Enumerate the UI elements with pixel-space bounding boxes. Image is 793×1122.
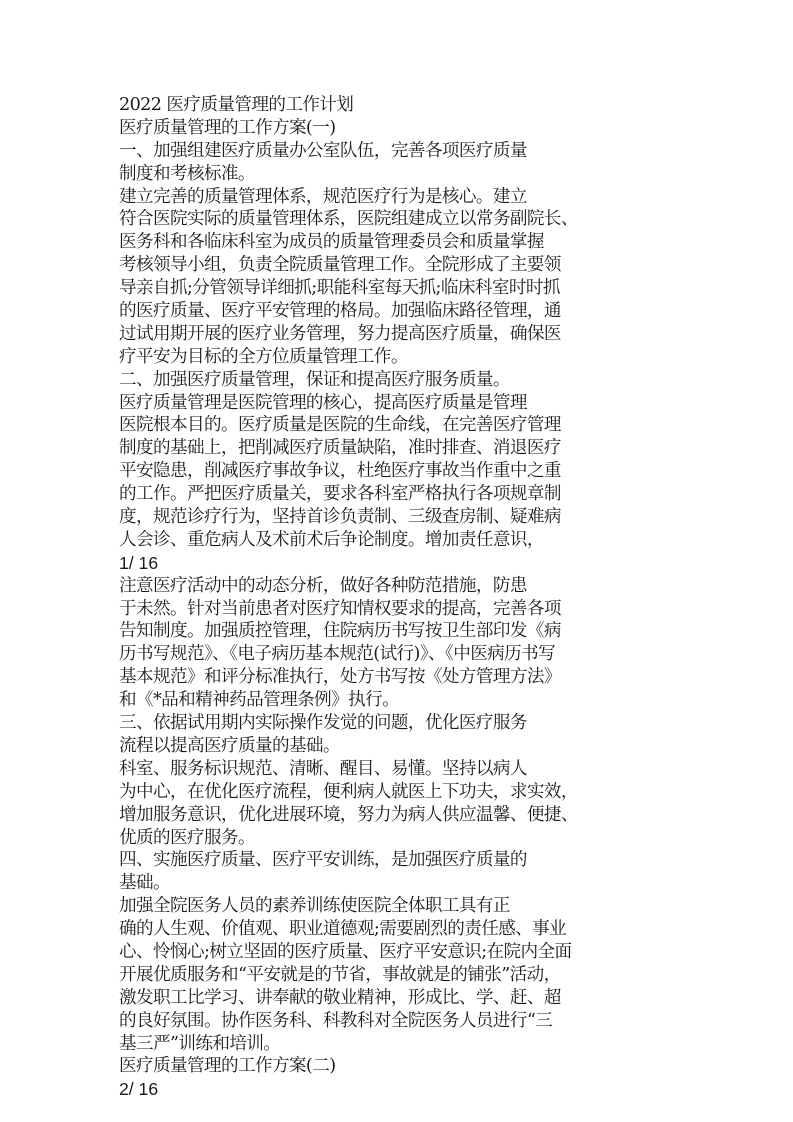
document-body: 2022 医疗质量管理的工作计划 医疗质量管理的工作方案(一) 一、加强组建医疗… — [119, 94, 559, 1101]
point-four-heading: 四、实施医疗质量、医疗平安训练，是加强医疗质量的 — [119, 849, 559, 872]
text-line: 基础。 — [119, 872, 559, 895]
text-line: 的工作。严把医疗质量关，要求各科室严格执行各项规章制 — [119, 483, 559, 506]
text-line: 建立完善的质量管理体系，规范医疗行为是核心。建立 — [119, 186, 559, 209]
page-number-marker: 2/ 16 — [119, 1078, 559, 1101]
text-line: 基三严”训练和培训。 — [119, 1033, 559, 1056]
text-line: 告知制度。加强质控管理，住院病历书写按卫生部印发《病 — [119, 620, 559, 643]
section-heading-plan-two: 医疗质量管理的工作方案(二) — [119, 1055, 559, 1078]
text-line: 考核领导小组，负责全院质量管理工作。全院形成了主要领 — [119, 254, 559, 277]
text-line: 历书写规范》、《电子病历基本规范(试行)》、《中医病历书写 — [119, 643, 559, 666]
point-two-heading: 二、加强医疗质量管理，保证和提高医疗服务质量。 — [119, 369, 559, 392]
document-title: 2022 医疗质量管理的工作计划 — [119, 94, 559, 117]
text-line: 过试用期开展的医疗业务管理，努力提高医疗质量，确保医 — [119, 323, 559, 346]
text-line: 的医疗质量、医疗平安管理的格局。加强临床路径管理，通 — [119, 300, 559, 323]
text-line: 制度的基础上，把削减医疗质量缺陷，准时排查、消退医疗 — [119, 437, 559, 460]
text-line: 确的人生观、价值观、职业道德观;需要剧烈的责任感、事业 — [119, 918, 559, 941]
text-line: 开展优质服务和“平安就是的节省，事故就是的铺张”活动， — [119, 964, 559, 987]
text-line: 心、怜悯心;树立坚固的医疗质量、医疗平安意识;在院内全面 — [119, 941, 559, 964]
text-line: 科室、服务标识规范、清晰、醒目、易懂。坚持以病人 — [119, 758, 559, 781]
text-line: 符合医院实际的质量管理体系，医院组建成立以常务副院长、 — [119, 208, 559, 231]
text-line: 加强全院医务人员的素养训练使医院全体职工具有正 — [119, 895, 559, 918]
text-line: 导亲自抓;分管领导详细抓;职能科室每天抓;临床科室时时抓 — [119, 277, 559, 300]
text-line: 医务科和各临床科室为成员的质量管理委员会和质量掌握 — [119, 231, 559, 254]
text-line: 于未然。针对当前患者对医疗知情权要求的提高，完善各项 — [119, 598, 559, 621]
text-line: 人会诊、重危病人及术前术后争论制度。增加责任意识， — [119, 529, 559, 552]
text-line: 平安隐患，削减医疗事故争议，杜绝医疗事故当作重中之重 — [119, 460, 559, 483]
text-line: 医疗质量管理是医院管理的核心，提高医疗质量是管理 — [119, 392, 559, 415]
text-line: 和《*品和精神药品管理条例》执行。 — [119, 689, 559, 712]
text-line: 优质的医疗服务。 — [119, 827, 559, 850]
text-line: 流程以提高医疗质量的基础。 — [119, 735, 559, 758]
text-line: 疗平安为目标的全方位质量管理工作。 — [119, 346, 559, 369]
point-three-heading: 三、依据试用期内实际操作发觉的问题，优化医疗服务 — [119, 712, 559, 735]
document-page: 2022 医疗质量管理的工作计划 医疗质量管理的工作方案(一) 一、加强组建医疗… — [0, 0, 793, 1122]
page-number-marker: 1/ 16 — [119, 552, 559, 575]
section-heading-plan-one: 医疗质量管理的工作方案(一) — [119, 117, 559, 140]
point-one-heading: 一、加强组建医疗质量办公室队伍，完善各项医疗质量 — [119, 140, 559, 163]
text-line: 增加服务意识，优化进展环境，努力为病人供应温馨、便捷、 — [119, 804, 559, 827]
text-line: 制度和考核标准。 — [119, 163, 559, 186]
text-line: 为中心，在优化医疗流程，便利病人就医上下功夫，求实效， — [119, 781, 559, 804]
text-line: 激发职工比学习、讲奉献的敬业精神，形成比、学、赶、超 — [119, 987, 559, 1010]
text-line: 医院根本目的。医疗质量是医院的生命线，在完善医疗管理 — [119, 414, 559, 437]
text-line: 基本规范》和评分标准执行，处方书写按《处方管理方法》 — [119, 666, 559, 689]
text-line: 注意医疗活动中的动态分析，做好各种防范措施，防患 — [119, 575, 559, 598]
text-line: 的良好氛围。协作医务科、科教科对全院医务人员进行“三 — [119, 1010, 559, 1033]
text-line: 度，规范诊疗行为，坚持首诊负责制、三级查房制、疑难病 — [119, 506, 559, 529]
